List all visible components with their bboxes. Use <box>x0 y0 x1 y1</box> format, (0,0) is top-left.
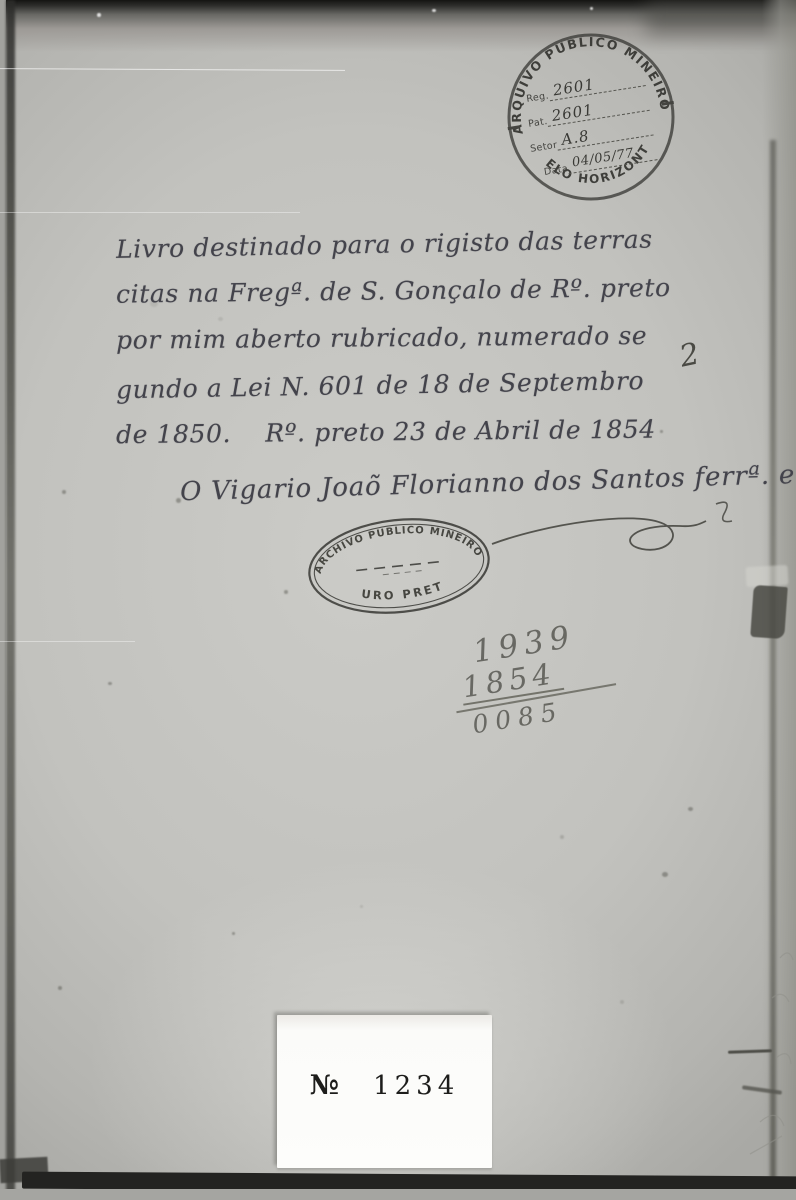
paper-speck <box>620 1000 624 1004</box>
pencil-numbers-block: 1939 1854 0085 <box>451 614 621 740</box>
bleed-stroke <box>772 994 789 1002</box>
manuscript-line: citas na Fregª. de S. Gonçalo de Rº. pre… <box>116 263 727 317</box>
torn-edge-notch <box>750 585 788 639</box>
paper-speck <box>232 932 235 935</box>
scratch-line <box>0 212 300 213</box>
paper-speck <box>62 490 66 494</box>
paper-speck <box>284 590 288 594</box>
paper-speck <box>590 7 593 10</box>
numero-sign: № <box>310 1070 339 1101</box>
oval-archive-stamp: ARCHIVO PUBLICO MINEIRO OURO PRETO <box>301 509 496 624</box>
stamp-field-label: Reg. <box>526 90 550 104</box>
paper-speck <box>108 682 112 685</box>
stamp-field-label: Pat. <box>528 116 549 130</box>
catalog-label-text: № 1234 <box>277 1070 492 1101</box>
circular-archive-stamp: ARQUIVO PUBLICO MINEIRO BELO HORIZONTE R… <box>489 15 693 219</box>
manuscript-line: de 1850. Rº. preto 23 de Abril de 1854 <box>116 405 726 458</box>
manuscript-line: por mim aberto rubricado, numerado se <box>116 311 726 363</box>
signature-flourish <box>488 498 740 570</box>
bleed-stroke <box>750 1136 782 1154</box>
bleed-stroke <box>760 1115 784 1126</box>
manuscript-line: gundo a Lei N. 601 de 18 de Septembro <box>116 356 727 414</box>
scanner-bed-strip <box>0 1189 796 1200</box>
catalog-number: 1234 <box>373 1071 459 1101</box>
oval-stamp-graphic: ARCHIVO PUBLICO MINEIRO OURO PRETO <box>301 509 496 624</box>
bleed-stroke <box>780 953 793 960</box>
manuscript-text-block: Livro destinado para o rigisto das terra… <box>116 220 726 455</box>
scanned-document-page: ARQUIVO PUBLICO MINEIRO BELO HORIZONTE R… <box>0 0 796 1200</box>
stamp-field-label: Data <box>543 163 569 178</box>
paper-speck <box>97 13 101 17</box>
oval-center-dashes-2 <box>383 570 425 574</box>
catalog-label: № 1234 <box>277 1015 492 1168</box>
scratch-line <box>0 641 135 642</box>
flourish-z-mark <box>716 502 732 521</box>
stamp-field-label: Setor <box>529 140 558 155</box>
torn-edge-flap <box>746 565 789 587</box>
paper-speck <box>360 905 363 908</box>
paper-speck <box>688 807 693 811</box>
paper-speck <box>560 835 564 839</box>
paper-speck <box>58 986 62 990</box>
paper-speck <box>662 872 668 877</box>
paper-speck <box>432 9 436 12</box>
bleedthrough-writing <box>742 940 796 1180</box>
scratch-line <box>0 68 345 71</box>
left-binding-crease <box>6 0 15 1200</box>
bleed-stroke <box>776 1054 791 1064</box>
oval-center-dashes <box>356 561 446 570</box>
flourish-stroke <box>492 518 706 549</box>
stamp-fields: Reg. 2601 Pat. 2601 Setor A.8 Data 04/05… <box>524 65 658 183</box>
